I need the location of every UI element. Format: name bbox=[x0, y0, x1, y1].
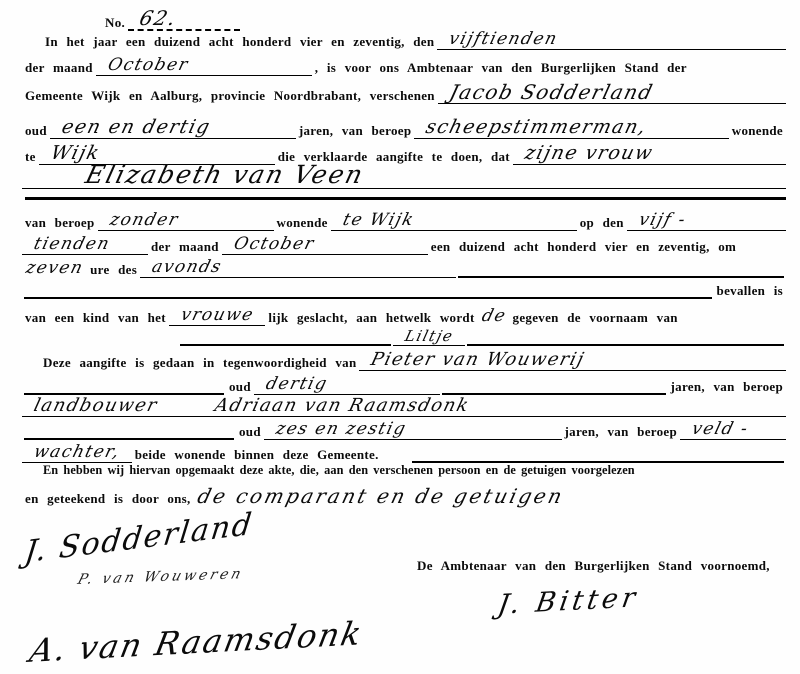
daypart-blank: avonds bbox=[140, 259, 456, 278]
act-number-value: 62. bbox=[133, 8, 183, 29]
printed-text: wonende bbox=[729, 123, 786, 139]
mother-residence-blank: te Wijk bbox=[331, 212, 577, 231]
printed-text: ure des bbox=[87, 262, 140, 278]
handwritten-birth-day-1: vijf - bbox=[633, 212, 692, 230]
month-blank: October bbox=[96, 57, 312, 76]
registrar-title-text: De Ambtenaar van den Burgerlijken Stand … bbox=[414, 558, 773, 573]
handwritten-birth-day-2: tienden bbox=[28, 236, 116, 254]
document-line: oud een en dertig jaren, van beroep sche… bbox=[22, 118, 786, 139]
act-number-label: No. bbox=[102, 15, 128, 31]
document-line: En hebben wij hiervan opgemaakt deze akt… bbox=[40, 463, 790, 478]
document-line: oud dertig jaren, van beroep bbox=[22, 376, 786, 395]
printed-text: , is voor ons Ambtenaar van den Burgerli… bbox=[312, 60, 690, 76]
printed-text: En hebben wij hiervan opgemaakt deze akt… bbox=[40, 463, 638, 478]
handwritten-witness2-profession-1: veld - bbox=[686, 421, 755, 439]
printed-text: bevallen is bbox=[714, 283, 786, 299]
document-line: Gemeente Wijk en Aalburg, provincie Noor… bbox=[22, 82, 786, 104]
printed-text: der maand bbox=[22, 60, 96, 76]
document-line: van een kind van het vrouwe lijk geslach… bbox=[22, 307, 786, 326]
document-line: oud zes en zestig jaren, van beroep veld… bbox=[22, 421, 786, 440]
printed-text: oud bbox=[236, 424, 264, 440]
document-line: tienden der maand October een duizend ac… bbox=[22, 236, 786, 255]
handwritten-witness2-profession-2: wachter, bbox=[28, 444, 126, 462]
document-line: bevallen is bbox=[22, 283, 786, 299]
document-line: van beroep zonder wonende te Wijk op den… bbox=[22, 212, 786, 231]
declarant-age-blank: een en dertig bbox=[50, 118, 296, 139]
handwritten-witness2-name: Adriaan van Raamsdonk bbox=[209, 397, 476, 416]
printed-text: jaren, van beroep bbox=[296, 123, 414, 139]
day-blank: vijftienden bbox=[437, 31, 786, 50]
mother-name-blank: Elizabeth van Veen bbox=[22, 162, 786, 189]
printed-text: In het jaar een duizend acht honderd vie… bbox=[42, 34, 437, 50]
handwritten-declarant-age: een en dertig bbox=[55, 118, 216, 138]
handwritten-declarant-name: Jacob Sodderland bbox=[443, 82, 659, 103]
document-line: der maand October , is voor ons Ambtenaa… bbox=[22, 57, 786, 76]
printed-text: beide wonende binnen deze Gemeente. bbox=[132, 447, 382, 463]
handwritten-witness1-profession: landbouwer bbox=[28, 397, 164, 416]
witness-professions-blank: landbouwer Adriaan van Raamsdonk bbox=[22, 397, 786, 417]
handwritten-witness2-age: zes en zestig bbox=[270, 421, 412, 439]
handwritten-gender: vrouwe bbox=[175, 307, 260, 325]
printed-text: oud bbox=[226, 379, 254, 395]
blank-rule bbox=[467, 344, 784, 346]
printed-text: jaren, van beroep bbox=[668, 379, 786, 395]
printed-text: Deze aangifte is gedaan in tegenwoordigh… bbox=[40, 355, 359, 371]
handwritten-day: vijftienden bbox=[443, 31, 564, 49]
witness1-name-blank: Pieter van Wouwerij bbox=[359, 351, 786, 371]
document-line: Deze aangifte is gedaan in tegenwoordigh… bbox=[40, 351, 786, 371]
handwritten-witness1-name: Pieter van Wouwerij bbox=[365, 351, 591, 370]
blank-rule bbox=[24, 438, 234, 440]
document-line: wachter, beide wonende binnen deze Gemee… bbox=[22, 444, 786, 463]
birth-day-blank: vijf - bbox=[627, 212, 786, 231]
witness2-age-blank: zes en zestig bbox=[264, 421, 562, 440]
document-line: Elizabeth van Veen bbox=[22, 163, 786, 189]
witness2-profession-blank-2: wachter, bbox=[22, 444, 132, 463]
birth-day-blank-2: tienden bbox=[22, 236, 148, 255]
blank-rule bbox=[25, 197, 786, 200]
blank-rule bbox=[458, 276, 784, 278]
handwritten-daypart: avonds bbox=[146, 259, 228, 277]
handwritten-spouse-ref: zijne vrouw bbox=[518, 144, 659, 164]
printed-text: oud bbox=[22, 123, 50, 139]
birth-month-blank: October bbox=[222, 236, 428, 255]
handwritten-mother-profession: zonder bbox=[103, 212, 184, 230]
act-number-line: No. 62. bbox=[102, 8, 240, 31]
blank-rule bbox=[442, 393, 666, 395]
handwritten-month: October bbox=[102, 57, 195, 75]
signature-witness1: P. van Wouweren bbox=[76, 567, 245, 587]
handwritten-declarant-profession: scheepstimmerman, bbox=[420, 118, 653, 138]
printed-text: een duizend acht honderd vier en zeventi… bbox=[428, 239, 739, 255]
act-number-blank: 62. bbox=[128, 8, 240, 31]
printed-text: van een kind van het bbox=[22, 310, 169, 326]
signature-witness2: A. van Raamsdonk bbox=[27, 617, 366, 667]
printed-text: Gemeente Wijk en Aalburg, provincie Noor… bbox=[22, 88, 438, 104]
mother-profession-blank: zonder bbox=[98, 212, 274, 231]
printed-text: lijk geslacht, aan hetwelk wordt bbox=[265, 310, 477, 326]
printed-text: van beroep bbox=[22, 215, 98, 231]
document-line: Liltje bbox=[178, 328, 786, 346]
witness2-profession-blank: veld - bbox=[680, 421, 786, 440]
handwritten-closing: de comparant en de getuigen bbox=[191, 486, 570, 507]
document-line: zeven ure des avonds bbox=[22, 259, 786, 278]
handwritten-birth-hour: zeven bbox=[20, 260, 90, 278]
registrar-title: De Ambtenaar van den Burgerlijken Stand … bbox=[414, 557, 773, 575]
document-line: landbouwer Adriaan van Raamsdonk bbox=[22, 397, 786, 417]
document-line: In het jaar een duizend acht honderd vie… bbox=[42, 31, 786, 50]
printed-text: wonende bbox=[274, 215, 331, 231]
handwritten-witness1-age: dertig bbox=[260, 376, 334, 394]
witness1-age-blank: dertig bbox=[254, 376, 440, 395]
handwritten-birth-month: October bbox=[228, 236, 321, 254]
declarant-name-blank: Jacob Sodderland bbox=[438, 82, 786, 104]
document-line: en geteekend is door ons, de comparant e… bbox=[22, 483, 786, 507]
signature-registrar: J. Bitter bbox=[496, 584, 641, 619]
handwritten-mother-residence: te Wijk bbox=[336, 212, 419, 230]
printed-text: en geteekend is door ons, bbox=[22, 491, 194, 507]
printed-text: gegeven de voornaam van bbox=[510, 310, 681, 326]
blank-rule bbox=[180, 344, 391, 346]
gender-blank: vrouwe bbox=[169, 307, 266, 326]
declarant-profession-blank: scheepstimmerman, bbox=[414, 118, 728, 139]
signature-declarant: J. Sodderland bbox=[23, 510, 255, 569]
printed-text: der maand bbox=[148, 239, 222, 255]
handwritten-mark: de bbox=[475, 308, 511, 326]
handwritten-mother-name: Elizabeth van Veen bbox=[79, 162, 371, 188]
child-name-blank: Liltje bbox=[393, 329, 465, 346]
printed-text: op den bbox=[577, 215, 627, 231]
blank-rule bbox=[24, 297, 712, 299]
birth-certificate-scan: No. 62. In het jaar een duizend acht hon… bbox=[0, 0, 800, 674]
handwritten-child-name: Liltje bbox=[399, 329, 459, 345]
printed-text: jaren, van beroep bbox=[562, 424, 680, 440]
